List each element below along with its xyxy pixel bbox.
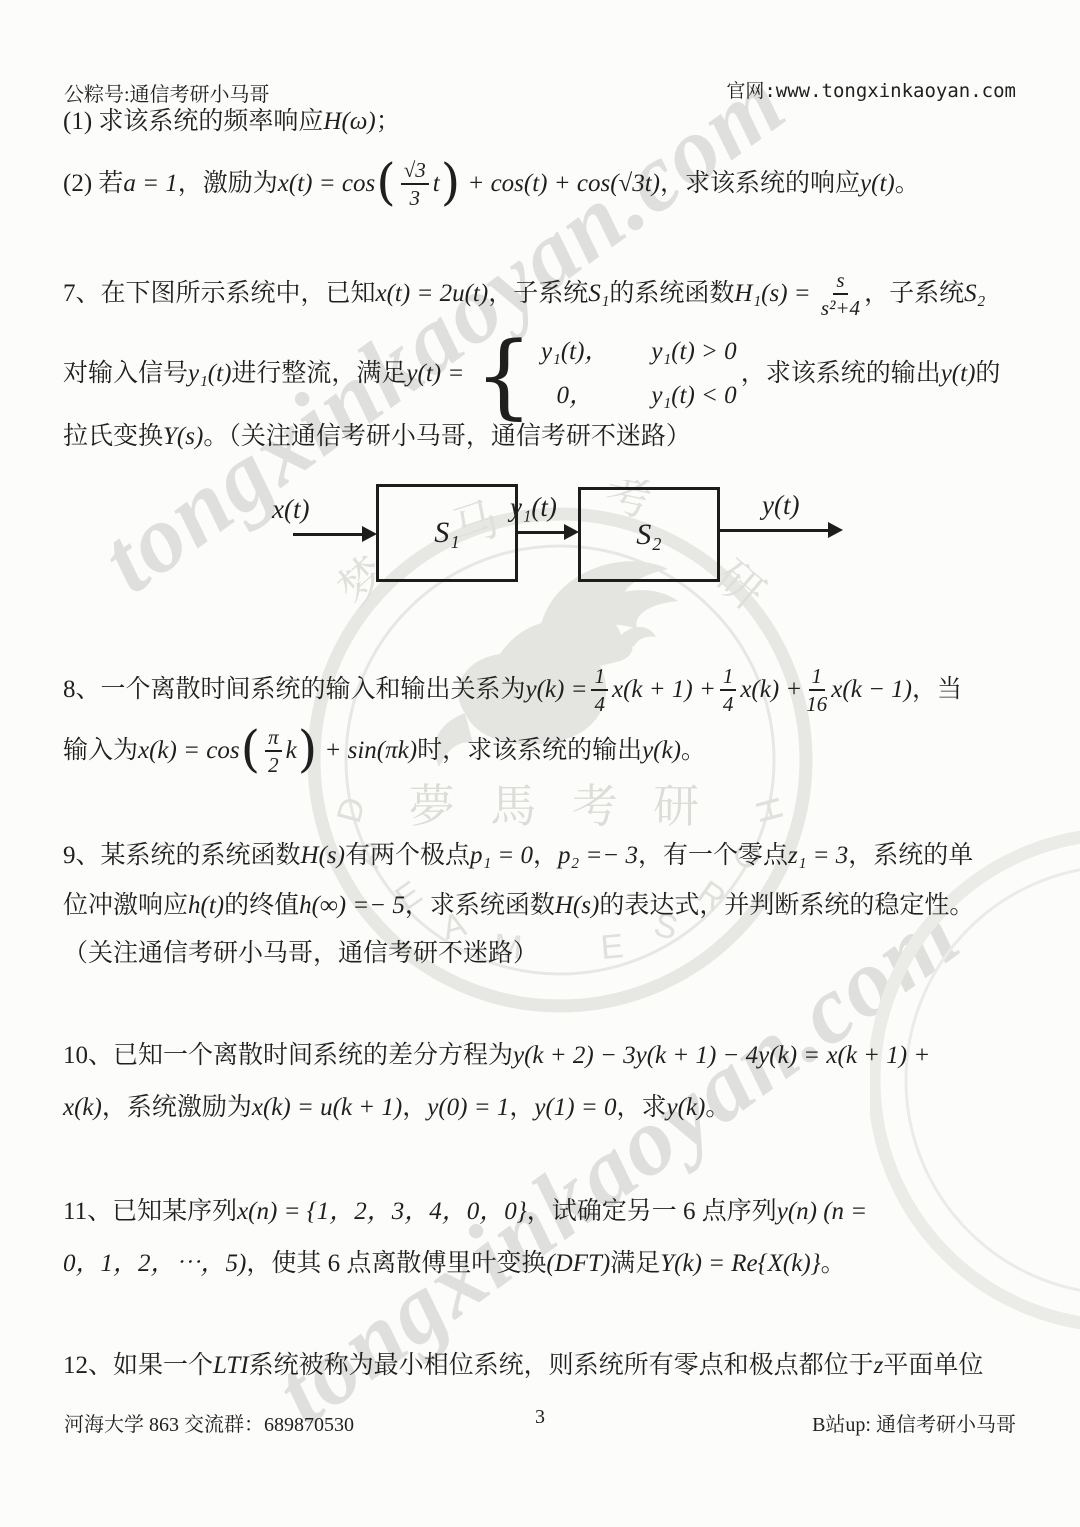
diagram-arrow-out xyxy=(717,529,829,532)
text-run: ； xyxy=(376,107,401,137)
text-run: ，使其 6 点离散傅里叶变换 xyxy=(246,1249,546,1279)
fraction-numerator: s xyxy=(833,269,847,295)
line-q9-2: 位冲激响应h(t)的终值h(∞) =− 5，求系统函数H(s)的表达式，并判断系… xyxy=(63,888,974,924)
text-run: ， xyxy=(509,1093,534,1123)
math-run: H₁(s) = xyxy=(734,279,817,309)
diagram-arrow-mid xyxy=(515,531,565,534)
exam-page: tongxinkaoyan.com tongxinkaoyan.com 梦 马 … xyxy=(0,0,1080,1527)
text-run: ，求系统函数 xyxy=(405,891,555,921)
math-run: p₂ =− 3 xyxy=(558,841,638,871)
fraction-denominator: 4 xyxy=(723,691,734,715)
math-run: h(t) xyxy=(188,891,224,921)
math-run: x(k) = cos xyxy=(138,736,240,766)
text-run: ，子系统 xyxy=(488,279,588,309)
math-run: x(k + 1) + xyxy=(612,675,716,705)
cases-grid: y₁(t)，y₁(t) > 00，y₁(t) < 0 xyxy=(541,337,737,411)
text-run: ，系统的单 xyxy=(848,841,973,871)
line-q10-2: x(k)，系统激励为x(k) = u(k + 1)，y(0) = 1，y(1) … xyxy=(63,1090,730,1126)
header-website-label: 官网:www.tongxinkaoyan.com xyxy=(726,76,1016,103)
math-run: Y(k) = Re{X(k)} xyxy=(660,1249,820,1279)
diagram-block-s1: S₁ xyxy=(376,484,518,582)
line-q7-1: 7、在下图所示系统中，已知x(t) = 2u(t)，子系统S₁的系统函数H₁(s… xyxy=(63,264,985,324)
text-run: 对输入信号 xyxy=(63,359,188,389)
text-run: 的系统函数 xyxy=(609,279,734,309)
math-run: H(s) xyxy=(555,891,599,921)
cases-cell: y₁(t) < 0 xyxy=(651,381,736,411)
fraction-numerator: 1 xyxy=(591,665,608,691)
text-run: (2) 若 xyxy=(63,169,123,199)
text-run: ，求该系统的响应 xyxy=(660,169,860,199)
line-q8-1: 8、一个离散时间系统的输入和输出关系为y(k) =14x(k + 1) +14x… xyxy=(63,658,962,722)
math-run: x(k) xyxy=(63,1093,102,1123)
math-run: x(n) = {1，2，3，4，0，0} xyxy=(237,1197,527,1227)
text-run: 输入为 xyxy=(63,736,138,766)
line-q9-3: （关注通信考研小马哥，通信考研不迷路） xyxy=(63,936,538,972)
text-run: （关注通信考研小马哥，通信考研不迷路） xyxy=(63,939,538,969)
fraction: 14 xyxy=(720,665,737,715)
text-run: 的终值 xyxy=(224,891,299,921)
line-q7-2: 对输入信号y₁(t)进行整流，满足y(t) = {y₁(t)，y₁(t) > 0… xyxy=(63,328,1000,420)
math-run: h(∞) =− 5 xyxy=(299,891,405,921)
cases-cell: y₁(t)， xyxy=(541,337,609,367)
math-run: z₁ = 3 xyxy=(788,841,848,871)
math-run: x(k) = u(k + 1) xyxy=(252,1093,402,1123)
math-run: y(t) xyxy=(941,359,976,389)
text-run: 满足 xyxy=(610,1249,660,1279)
fraction-numerator: 1 xyxy=(720,665,737,691)
fraction-numerator: π xyxy=(265,726,282,752)
fraction: 116 xyxy=(806,665,827,715)
fraction-numerator: 1 xyxy=(809,665,826,691)
math-run: H(ω) xyxy=(323,107,375,137)
math-run: + sin(πk) xyxy=(318,736,417,766)
math-run: y(t) xyxy=(860,169,895,199)
text-run: 。（关注通信考研小马哥，通信考研不迷路） xyxy=(203,422,691,452)
math-run: 0，1，2，⋯，5) xyxy=(63,1249,246,1279)
cases-cell: 0， xyxy=(541,381,609,411)
line-q11-2: 0，1，2，⋯，5)，使其 6 点离散傅里叶变换(DFT)满足Y(k) = Re… xyxy=(63,1246,846,1282)
text-run: 8、一个离散时间系统的输入和输出关系为 xyxy=(63,675,526,705)
cases-brace: { xyxy=(474,335,533,418)
text-run: 9、某系统的系统函数 xyxy=(63,841,301,871)
text-run: 10、已知一个离散时间系统的差分方程为 xyxy=(63,1041,513,1071)
text-run: 的 xyxy=(975,359,1000,389)
text-run: ，子系统 xyxy=(864,279,964,309)
fraction: π2 xyxy=(265,726,282,776)
right-paren: ) xyxy=(298,724,318,774)
math-run: S₂ xyxy=(964,279,985,309)
math-run: y(1) = 0 xyxy=(534,1093,616,1123)
fraction: 14 xyxy=(591,665,608,715)
diagram-input-label: x(t) xyxy=(272,494,309,525)
text-run: ，求 xyxy=(616,1093,666,1123)
fraction-denominator: 16 xyxy=(806,691,827,715)
math-run: (DFT) xyxy=(546,1249,610,1279)
text-run: 有两个极点 xyxy=(345,841,470,871)
text-run: 位冲激响应 xyxy=(63,891,188,921)
fraction-numerator: √3 xyxy=(401,159,429,185)
text-run: ，系统激励为 xyxy=(102,1093,252,1123)
diagram-block-s2: S₂ xyxy=(578,487,720,582)
line-part2: (2) 若a = 1，激励为x(t) = cos(√33t) + cos(t) … xyxy=(63,152,920,216)
math-run: y(k) xyxy=(667,1093,706,1123)
math-run: x(k − 1) xyxy=(831,675,912,705)
math-run: p₁ = 0 xyxy=(470,841,533,871)
seal-center-text: 夢 馬 考 研 xyxy=(409,781,712,832)
line-q9-1: 9、某系统的系统函数H(s)有两个极点p₁ = 0，p₂ =− 3，有一个零点z… xyxy=(63,838,973,874)
text-run: 系统被称为最小相位系统，则系统所有零点和极点都位于 xyxy=(249,1351,874,1381)
diagram-mid-label: y₁(t) xyxy=(510,492,557,523)
line-q7-3: 拉氏变换Y(s)。（关注通信考研小马哥，通信考研不迷路） xyxy=(63,419,691,455)
text-run: ，试确定另一 6 点序列 xyxy=(527,1197,777,1227)
cases-block: {y₁(t)，y₁(t) > 00，y₁(t) < 0 xyxy=(474,333,736,416)
math-run: y(k) = xyxy=(526,675,588,705)
math-run: H(s) xyxy=(301,841,345,871)
text-run: 的表达式，并判断系统的稳定性。 xyxy=(599,891,974,921)
diagram-arrow-in xyxy=(293,533,363,536)
math-run: x(t) = cos xyxy=(278,169,375,199)
math-run: t xyxy=(433,169,440,199)
text-run: ，激励为 xyxy=(178,169,278,199)
line-part1: (1) 求该系统的频率响应H(ω)； xyxy=(63,104,401,140)
text-run: (1) 求该系统的频率响应 xyxy=(63,107,323,137)
text-run: 。 xyxy=(821,1249,846,1279)
text-run: 。 xyxy=(705,1093,730,1123)
svg-text:E: E xyxy=(599,927,625,967)
left-paren: ( xyxy=(241,724,261,774)
fraction-denominator: 3 xyxy=(409,185,420,209)
footer-group-info: 河海大学 863 交流群：689870530 xyxy=(64,1408,354,1437)
line-q12: 12、如果一个LTI系统被称为最小相位系统，则系统所有零点和极点都位于z平面单位 xyxy=(63,1348,983,1384)
diagram-output-label: y(t) xyxy=(762,490,799,521)
math-run: a = 1 xyxy=(123,169,177,199)
text-run: 时，求该系统的输出 xyxy=(417,736,642,766)
fraction-denominator: 4 xyxy=(594,691,605,715)
text-run: 12、如果一个 xyxy=(63,1351,213,1381)
math-run: y(t) = xyxy=(406,359,470,389)
line-q8-2: 输入为x(k) = cos(π2k) + sin(πk)时，求该系统的输出y(k… xyxy=(63,719,706,783)
text-run: 11、已知某序列 xyxy=(63,1197,237,1227)
text-run: 拉氏变换 xyxy=(63,422,163,452)
footer-page-number: 3 xyxy=(535,1406,545,1429)
math-run: k xyxy=(286,736,297,766)
fraction-denominator: s²+4 xyxy=(821,295,860,319)
text-run: ，当 xyxy=(912,675,962,705)
fraction: ss²+4 xyxy=(821,269,860,319)
math-run: + cos(t) + cos(√3t) xyxy=(461,169,660,199)
math-run: y(n) (n = xyxy=(777,1197,867,1227)
line-q10-1: 10、已知一个离散时间系统的差分方程为y(k + 2) − 3y(k + 1) … xyxy=(63,1038,930,1074)
math-run: z xyxy=(874,1351,884,1381)
text-run: 7、在下图所示系统中，已知 xyxy=(63,279,376,309)
cases-cell: y₁(t) > 0 xyxy=(651,337,736,367)
text-run: 。 xyxy=(681,736,706,766)
text-run: ，求该系统的输出 xyxy=(741,359,941,389)
text-run: ， xyxy=(402,1093,427,1123)
math-run: y₁(t) xyxy=(188,359,231,389)
math-run: x(k) + xyxy=(740,675,802,705)
text-run: 平面单位 xyxy=(883,1351,983,1381)
math-run: y(0) = 1 xyxy=(427,1093,509,1123)
left-paren: ( xyxy=(376,157,396,207)
fraction: √33 xyxy=(401,159,429,209)
math-run: x(t) = 2u(t) xyxy=(376,279,489,309)
math-run: LTI xyxy=(213,1351,249,1381)
footer-bilibili-up: B站up: 通信考研小马哥 xyxy=(812,1408,1016,1437)
math-run: Y(s) xyxy=(163,422,203,452)
text-run: ， xyxy=(533,841,558,871)
svg-text:H: H xyxy=(747,793,790,827)
text-run: 。 xyxy=(895,169,920,199)
text-run: 进行整流，满足 xyxy=(231,359,406,389)
math-run: S₁ xyxy=(588,279,609,309)
math-run: y(k) xyxy=(642,736,681,766)
svg-text:D: D xyxy=(330,793,373,827)
math-run: y(k + 2) − 3y(k + 1) − 4y(k) = x(k + 1) … xyxy=(513,1041,930,1071)
text-run: ，有一个零点 xyxy=(638,841,788,871)
header-account-label: 公粽号:通信考研小马哥 xyxy=(64,78,270,107)
right-paren: ) xyxy=(441,157,461,207)
fraction-denominator: 2 xyxy=(268,752,279,776)
line-q11-1: 11、已知某序列x(n) = {1，2，3，4，0，0}，试确定另一 6 点序列… xyxy=(63,1194,867,1230)
